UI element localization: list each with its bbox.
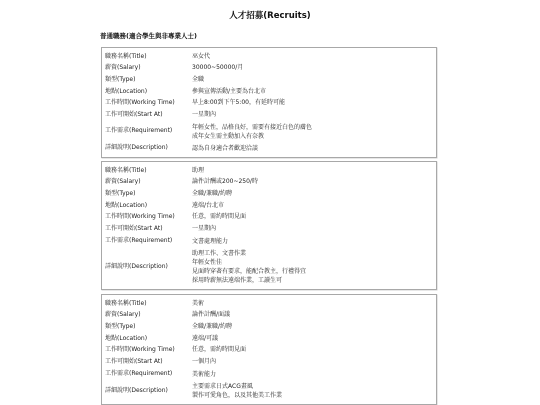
job-salary-value: 論件計酬/面議 (190, 310, 436, 322)
job-type-value: 全職/兼職/約聘 (190, 321, 436, 333)
job-title-value: 巫女代 (190, 51, 436, 63)
job-row-requirement: 工作需求(Requirement) 年輕女性，品格良好，需要有接近白色的膚色 成… (102, 121, 436, 142)
job-description-value: 認為自身適合者歡迎洽談 (190, 142, 436, 154)
job-row-title: 職務名稱(Title)助理 (102, 165, 436, 177)
job-title-value: 美術 (190, 298, 436, 310)
job-row-description: 詳細說明(Description) 助理工作、文書作業 年輕女性佳 見面時穿著有… (102, 247, 436, 286)
job-working-time-value: 任意，需約時間見面 (190, 345, 436, 357)
job-row-description: 詳細說明(Description) 主要需求日式ACG畫風 製作可愛角色，以及其… (102, 380, 436, 401)
job-salary-value: 論件計酬或200~250/時 (190, 177, 436, 189)
job-row-salary: 薪資(Salary)論件計酬或200~250/時 (102, 177, 436, 189)
job-start-at-value: 一星期內 (190, 223, 436, 235)
job-row-location: 地點(Location)遠端/台北市 (102, 200, 436, 212)
job-row-working-time: 工作時間(Working Time)任意，需約時間見面 (102, 345, 436, 357)
job-requirement-value: 美術能力 (190, 368, 436, 380)
job-details-table: 職務名稱(Title)巫女代 薪資(Salary)30000~50000/月 類… (102, 51, 436, 155)
job-salary-value: 30000~50000/月 (190, 63, 436, 75)
job-title-value: 助理 (190, 165, 436, 177)
job-row-requirement: 工作需求(Requirement) 美術能力 (102, 368, 436, 380)
job-row-start-at: 工作可開始(Start At)一個月內 (102, 356, 436, 368)
job-row-title: 職務名稱(Title)巫女代 (102, 51, 436, 63)
job-row-salary: 薪資(Salary)論件計酬/面議 (102, 310, 436, 322)
job-working-time-value: 早上8:00到下午5:00，有延時可能 (190, 98, 436, 110)
job-description-value: 主要需求日式ACG畫風 製作可愛角色，以及其他美工作業 (190, 380, 436, 401)
section-title: 普通職務(適合學生與非專業人士) (100, 31, 197, 40)
job-type-value: 全職 (190, 74, 436, 86)
job-row-title: 職務名稱(Title)美術 (102, 298, 436, 310)
job-row-type: 類型(Type)全職/兼職/約聘 (102, 321, 436, 333)
job-location-value: 遠端/可議 (190, 333, 436, 345)
job-working-time-value: 任意，需約時間見面 (190, 212, 436, 224)
job-card-assistant: 職務名稱(Title)助理 薪資(Salary)論件計酬或200~250/時 類… (101, 161, 437, 290)
page-title: 人才招募(Recruits) (0, 9, 540, 21)
job-row-working-time: 工作時間(Working Time)任意，需約時間見面 (102, 212, 436, 224)
job-row-requirement: 工作需求(Requirement) 文書處理能力 (102, 235, 436, 247)
job-row-type: 類型(Type)全職/兼職/約聘 (102, 188, 436, 200)
job-requirement-value: 年輕女性，品格良好，需要有接近白色的膚色 成年女生需主動加入有奈教 (190, 121, 436, 142)
job-row-start-at: 工作可開始(Start At)一星期內 (102, 109, 436, 121)
job-details-table: 職務名稱(Title)助理 薪資(Salary)論件計酬或200~250/時 類… (102, 165, 436, 287)
job-details-table: 職務名稱(Title)美術 薪資(Salary)論件計酬/面議 類型(Type)… (102, 298, 436, 402)
job-description-value: 助理工作、文書作業 年輕女性佳 見面時穿著有要求，能配合教主，行禮得宜 採用時薪… (190, 247, 436, 286)
job-start-at-value: 一個月內 (190, 356, 436, 368)
job-row-salary: 薪資(Salary)30000~50000/月 (102, 63, 436, 75)
job-location-value: 參與宣傳活動/主要為台北市 (190, 86, 436, 98)
job-card-art: 職務名稱(Title)美術 薪資(Salary)論件計酬/面議 類型(Type)… (101, 294, 437, 405)
job-row-location: 地點(Location)參與宣傳活動/主要為台北市 (102, 86, 436, 98)
job-requirement-value: 文書處理能力 (190, 235, 436, 247)
job-card-shrine-maiden: 職務名稱(Title)巫女代 薪資(Salary)30000~50000/月 類… (101, 47, 437, 158)
job-row-location: 地點(Location)遠端/可議 (102, 333, 436, 345)
job-type-value: 全職/兼職/約聘 (190, 188, 436, 200)
job-location-value: 遠端/台北市 (190, 200, 436, 212)
job-row-working-time: 工作時間(Working Time)早上8:00到下午5:00，有延時可能 (102, 98, 436, 110)
job-row-start-at: 工作可開始(Start At)一星期內 (102, 223, 436, 235)
job-row-description: 詳細說明(Description) 認為自身適合者歡迎洽談 (102, 142, 436, 154)
job-start-at-value: 一星期內 (190, 109, 436, 121)
job-row-type: 類型(Type)全職 (102, 74, 436, 86)
